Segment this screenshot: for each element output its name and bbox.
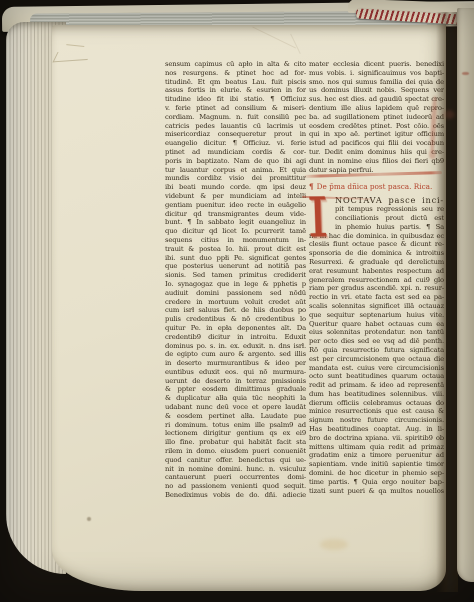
text-line: dum has beatitudines solennibus. viii. (309, 390, 444, 399)
text-line: & duplicatur alła quia tūc neophiti la (165, 394, 306, 403)
text-line: ibi. sunt duo ppłi Pe. significat gentes (165, 254, 306, 263)
text-line: cum isrł saluus fiet. de hiis duobus po (165, 306, 306, 315)
text-line: dicitur qd transmigrantes deum vide- (165, 210, 306, 219)
text-line: misericordiaz consequeretur prout in (165, 130, 306, 139)
text-line: audiuit domini passionem sed nōdū (165, 289, 306, 298)
red-margin-mark (429, 150, 436, 159)
illuminated-initial-I: I (303, 193, 333, 250)
text-line: eosdem credētes ptinet. Post cōio. oēs (309, 122, 444, 131)
text-line: videbunt & per mundiciam ad intelli (165, 192, 306, 201)
chapter-paragraph: I NOCTAVA pasce inci-pit tempus regressi… (309, 196, 444, 495)
text-line: dierum officiis celebramus octauas do (309, 399, 444, 408)
scratch-mark (289, 34, 300, 55)
text-line: rilem in domo. eiusdem pueri conueniēt (165, 447, 306, 456)
text-line: tizati sunt pueri & qa multos nouellos (309, 487, 444, 496)
text-line: titudine ideo fit ibi statio. ¶ Officiuz (165, 95, 306, 104)
paper-stain (320, 539, 348, 550)
text-line: est per circumcisionem que octaua die (309, 355, 444, 364)
text-line: pulis credentibus & nō credentibus lo (165, 315, 306, 324)
text-line: bro de doctrina xpiana. vii. spiritib9 o… (309, 434, 444, 443)
text-line: & eosdem pertinet alła. Laudate pue (165, 412, 306, 421)
text-line: credere in mortuum voluit credet aūt (165, 298, 306, 307)
text-line: de egipto cum auro & argento. sed illis (165, 350, 306, 359)
text-line: nit in nomine domini. hunc. n. vsiculuz (165, 465, 306, 474)
rubric-heading: ¶De p̄ma dñica post pasca. Rica. (309, 181, 444, 192)
facing-page-edge (457, 8, 474, 582)
text-line: cantauerunt pueri occurrentes domi- (165, 473, 306, 482)
text-line: mundis cordibz visio dei promittitur (165, 174, 306, 183)
paragraph-full-lines: ne in hac die dominica. in quibusdaz ecc… (309, 232, 444, 496)
text-line: catricis pedes lauantis cū lacrimis ut (165, 122, 306, 131)
text-line: ptinet ad mundiciam cordis & cor- (165, 148, 306, 157)
text-line: titudinē. Et qm beatus Lau. fuit piscis (165, 78, 306, 87)
scratch-mark (252, 27, 296, 50)
text-line: minice resurrectionis que est causa & (309, 407, 444, 416)
text-line: tur lauantur corpus et anima. Et quia (165, 166, 306, 175)
text-line: ba. ad sugillationem ptinet iudeorū ad (309, 113, 444, 122)
text-line: us dominus illuxit nobis. Sequens ver (309, 86, 444, 95)
text-line: dominus po. s. in. ex. eduxit. n. dns is… (165, 342, 306, 351)
text-line: euangelio dicitur. ¶ Officiuz. vi. ferie (165, 139, 306, 148)
text-line: per octo dies sed ee vsq ad diē penth. (309, 337, 444, 346)
text-line: & ppter eosdem dimittimus graduale (165, 385, 306, 394)
text-line: cordiam. Magnum. n. fuit consiliū pec (165, 113, 306, 122)
text-line: octo sunt beatitudines quarum octaua (309, 372, 444, 381)
text-line: redit ad primam. & ideo ad representā (309, 381, 444, 390)
text-line: smo. nos qui sumus familia dei quia de (309, 78, 444, 87)
text-line: Rō quia resurrectio futura significata (309, 346, 444, 355)
text-line: ri dominum. totus enim ille psalm9 ad (165, 421, 306, 430)
photo-background: sensum capimus cū apło in alta & citonos… (0, 0, 474, 602)
text-line: gentiam puenitur. ideo recte in euāgelio (165, 201, 306, 210)
text-line: sus. hec est dies. ad gaudiū spectat cre… (309, 95, 444, 104)
text-line: sapientiam. vnde initiū sapientie timor (309, 460, 444, 469)
gutter-shadow (436, 12, 458, 592)
text-line: mandata est. cuius vere circumcisionis (309, 364, 444, 373)
text-line: erat resumunt habentes respectum ad (309, 267, 444, 276)
book-page: sensum capimus cū apło in alta & citonos… (52, 25, 446, 591)
text-line: poris in baptizato. Nam de quo ibi agi (165, 157, 306, 166)
text-line: euntibus eduxit eos. qui nō murmura- (165, 368, 306, 377)
text-line: dentium ille alius lapidem quē repro- (309, 104, 444, 113)
text-line: sensum capimus cū apło in alta & cito (165, 60, 306, 69)
text-line: v. ferie ptinet ad consilium & miseri- (165, 104, 306, 113)
text-line: istud ad pacificos qui filii dei vocabun (309, 139, 444, 148)
text-line: tur. Dedit enim dominus hiis qui cre- (309, 148, 444, 157)
text-line: illo fine. probatur qui habitāt facit st… (165, 438, 306, 447)
text-line: rectio in vri. etate facta est sed ea pa… (309, 293, 444, 302)
text-line: riam per gradus ascendiē. xpi. n. resur- (309, 284, 444, 293)
text-line: udabant nunc deū voce et opere laudāt (165, 403, 306, 412)
text-line: quod canitur offer. benedictus qui ue- (165, 456, 306, 465)
text-line: mater ecclesia dicent pueris. benedixi (309, 60, 444, 69)
paper-speck (87, 517, 91, 521)
right-column-top-paragraph: mater ecclesia dicent pueris. benediximu… (309, 60, 444, 166)
text-line: no ad passionem venienti quod sequit. (165, 482, 306, 491)
text-line: Has beatitudines coaptat. Aug. in li- (309, 425, 444, 434)
text-line: trauit & postea Io. hii. prout dicit est (165, 245, 306, 254)
text-line: Queritur quare habet octauas cum ea (309, 320, 444, 329)
text-line: Io. synagogaz que in lege & pphetis p (165, 280, 306, 289)
text-line: assus fortis in elurie. & esurien in for (165, 86, 306, 95)
text-column-right: mater ecclesia dicent pueris. benediximu… (309, 60, 444, 495)
text-column-left: sensum capimus cū apło in alta & citonos… (165, 60, 306, 500)
text-line: time partis. ¶ Quia ergo nouiter bap- (309, 478, 444, 487)
text-line: que sequitur septenarium huius vite. (309, 311, 444, 320)
text-line: Resurrexi. & graduale qd derelictum (309, 258, 444, 267)
text-line: ibi beati mundo corde. qm ipsi deuz (165, 183, 306, 192)
text-line: sequens citius in monumentum in- (165, 236, 306, 245)
text-line: sponsoria de die dominica & introitus (309, 249, 444, 258)
text-line: Benediximus vobis de do. dñi. adiecie (165, 491, 306, 500)
text-line: quo dicitur qd licet Io. pcurrerit tamē (165, 227, 306, 236)
text-line: sionis. Sed tamen primitus crediderit (165, 271, 306, 280)
text-line: mittens ultimam quia redit ad primaz (309, 443, 444, 452)
text-line: nos resurgens. & ptinet hoc ad for- (165, 69, 306, 78)
text-line: que posterius uenerunt ad notitiā pas (165, 262, 306, 271)
text-line: signum nostre future circumcisionis. (309, 416, 444, 425)
rubric-heading-text: De p̄ma dñica post pasca. Rica. (317, 182, 433, 191)
text-line: gradatim eniz a timore peruenitur ad (309, 451, 444, 460)
text-line: quitur Pe. in epła deponentes aīt. Da (165, 324, 306, 333)
red-margin-mark (462, 72, 469, 75)
text-line: qui in xpo aē. pertinet igitur officium (309, 130, 444, 139)
text-line: in deserto murmurantibus & ideo per (165, 359, 306, 368)
text-line: eius solennitas protendatur. non tantū (309, 328, 444, 337)
text-line: credentib9 dicitur in introitu. Eduxit (165, 333, 306, 342)
text-line: dunt in nomine eius filios dei fieri qb9 (309, 157, 444, 166)
text-line: mus vobis. i. significauimus vos bapti- (309, 69, 444, 78)
text-line: domini. de hoc dicetur in phemio sep- (309, 469, 444, 478)
text-line: uerunt de deserto in terraz pmissionis (165, 377, 306, 386)
text-line: generalem resurrectionem ad cui9 glo (309, 276, 444, 285)
text-line: bunt. ¶ In sabbato legit euangeliuz in (165, 218, 306, 227)
text-line: lectionem dirigitur gentium qs ex ei9 (165, 429, 306, 438)
text-line: scalis solennitas significet illā octaua… (309, 302, 444, 311)
